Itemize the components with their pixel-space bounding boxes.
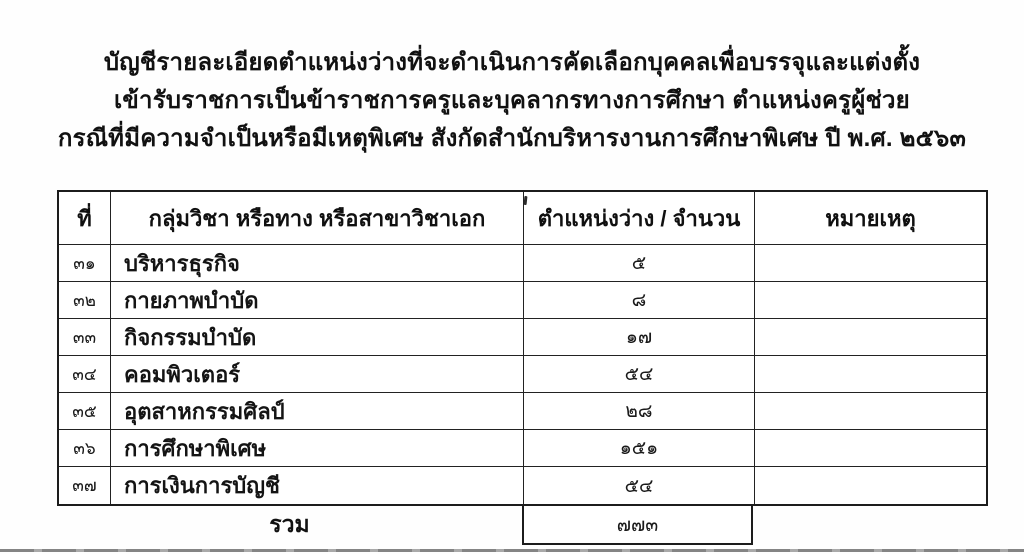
total-value: ๗๗๓ — [522, 506, 753, 545]
total-row: รวม ๗๗๓ — [57, 506, 988, 545]
vacancy-table: ที่ กลุ่มวิชา หรือทาง หรือสาขาวิชาเอก ตำ… — [57, 190, 988, 506]
row-no: ๓๑ — [59, 245, 111, 282]
col-header-subject-group: กลุ่มวิชา หรือทาง หรือสาขาวิชาเอก — [111, 192, 524, 245]
col-header-no: ที่ — [59, 192, 111, 245]
row-remark — [755, 245, 986, 282]
row-vacancy: ๘ — [524, 282, 755, 319]
title-line-3: กรณีที่มีความจำเป็นหรือมีเหตุพิเศษ สังกั… — [0, 120, 1024, 158]
row-vacancy: ๑๕๑ — [524, 430, 755, 467]
row-remark — [755, 282, 986, 319]
row-remark — [755, 430, 986, 467]
row-subject: กิจกรรมบำบัด — [111, 319, 524, 356]
row-vacancy: ๒๘ — [524, 393, 755, 430]
row-subject: บริหารธุรกิจ — [111, 245, 524, 282]
row-subject: คอมพิวเตอร์ — [111, 356, 524, 393]
row-no: ๓๒ — [59, 282, 111, 319]
row-no: ๓๕ — [59, 393, 111, 430]
total-label: รวม — [57, 506, 522, 543]
row-no: ๓๗ — [59, 467, 111, 504]
document-page: บัญชีรายละเอียดตำแหน่งว่างที่จะดำเนินการ… — [0, 0, 1024, 554]
page-bottom-rule — [0, 549, 1024, 552]
title-line-1: บัญชีรายละเอียดตำแหน่งว่างที่จะดำเนินการ… — [0, 44, 1024, 82]
row-vacancy: ๕๔ — [524, 467, 755, 504]
row-vacancy: ๕ — [524, 245, 755, 282]
title-line-2: เข้ารับราชการเป็นข้าราชการครูและบุคลากรท… — [0, 82, 1024, 120]
row-subject: กายภาพบำบัด — [111, 282, 524, 319]
row-remark — [755, 356, 986, 393]
row-remark — [755, 467, 986, 504]
row-vacancy: ๑๗ — [524, 319, 755, 356]
row-no: ๓๖ — [59, 430, 111, 467]
col-header-remark: หมายเหตุ — [755, 192, 986, 245]
row-remark — [755, 319, 986, 356]
row-subject: อุตสาหกรรมศิลป์ — [111, 393, 524, 430]
row-subject: การเงินการบัญชี — [111, 467, 524, 504]
document-title: บัญชีรายละเอียดตำแหน่งว่างที่จะดำเนินการ… — [0, 44, 1024, 158]
col-header-vacancy-count: ตำแหน่งว่าง / จำนวน — [524, 192, 755, 245]
row-remark — [755, 393, 986, 430]
row-subject: การศึกษาพิเศษ — [111, 430, 524, 467]
row-no: ๓๓ — [59, 319, 111, 356]
row-no: ๓๔ — [59, 356, 111, 393]
row-vacancy: ๕๔ — [524, 356, 755, 393]
